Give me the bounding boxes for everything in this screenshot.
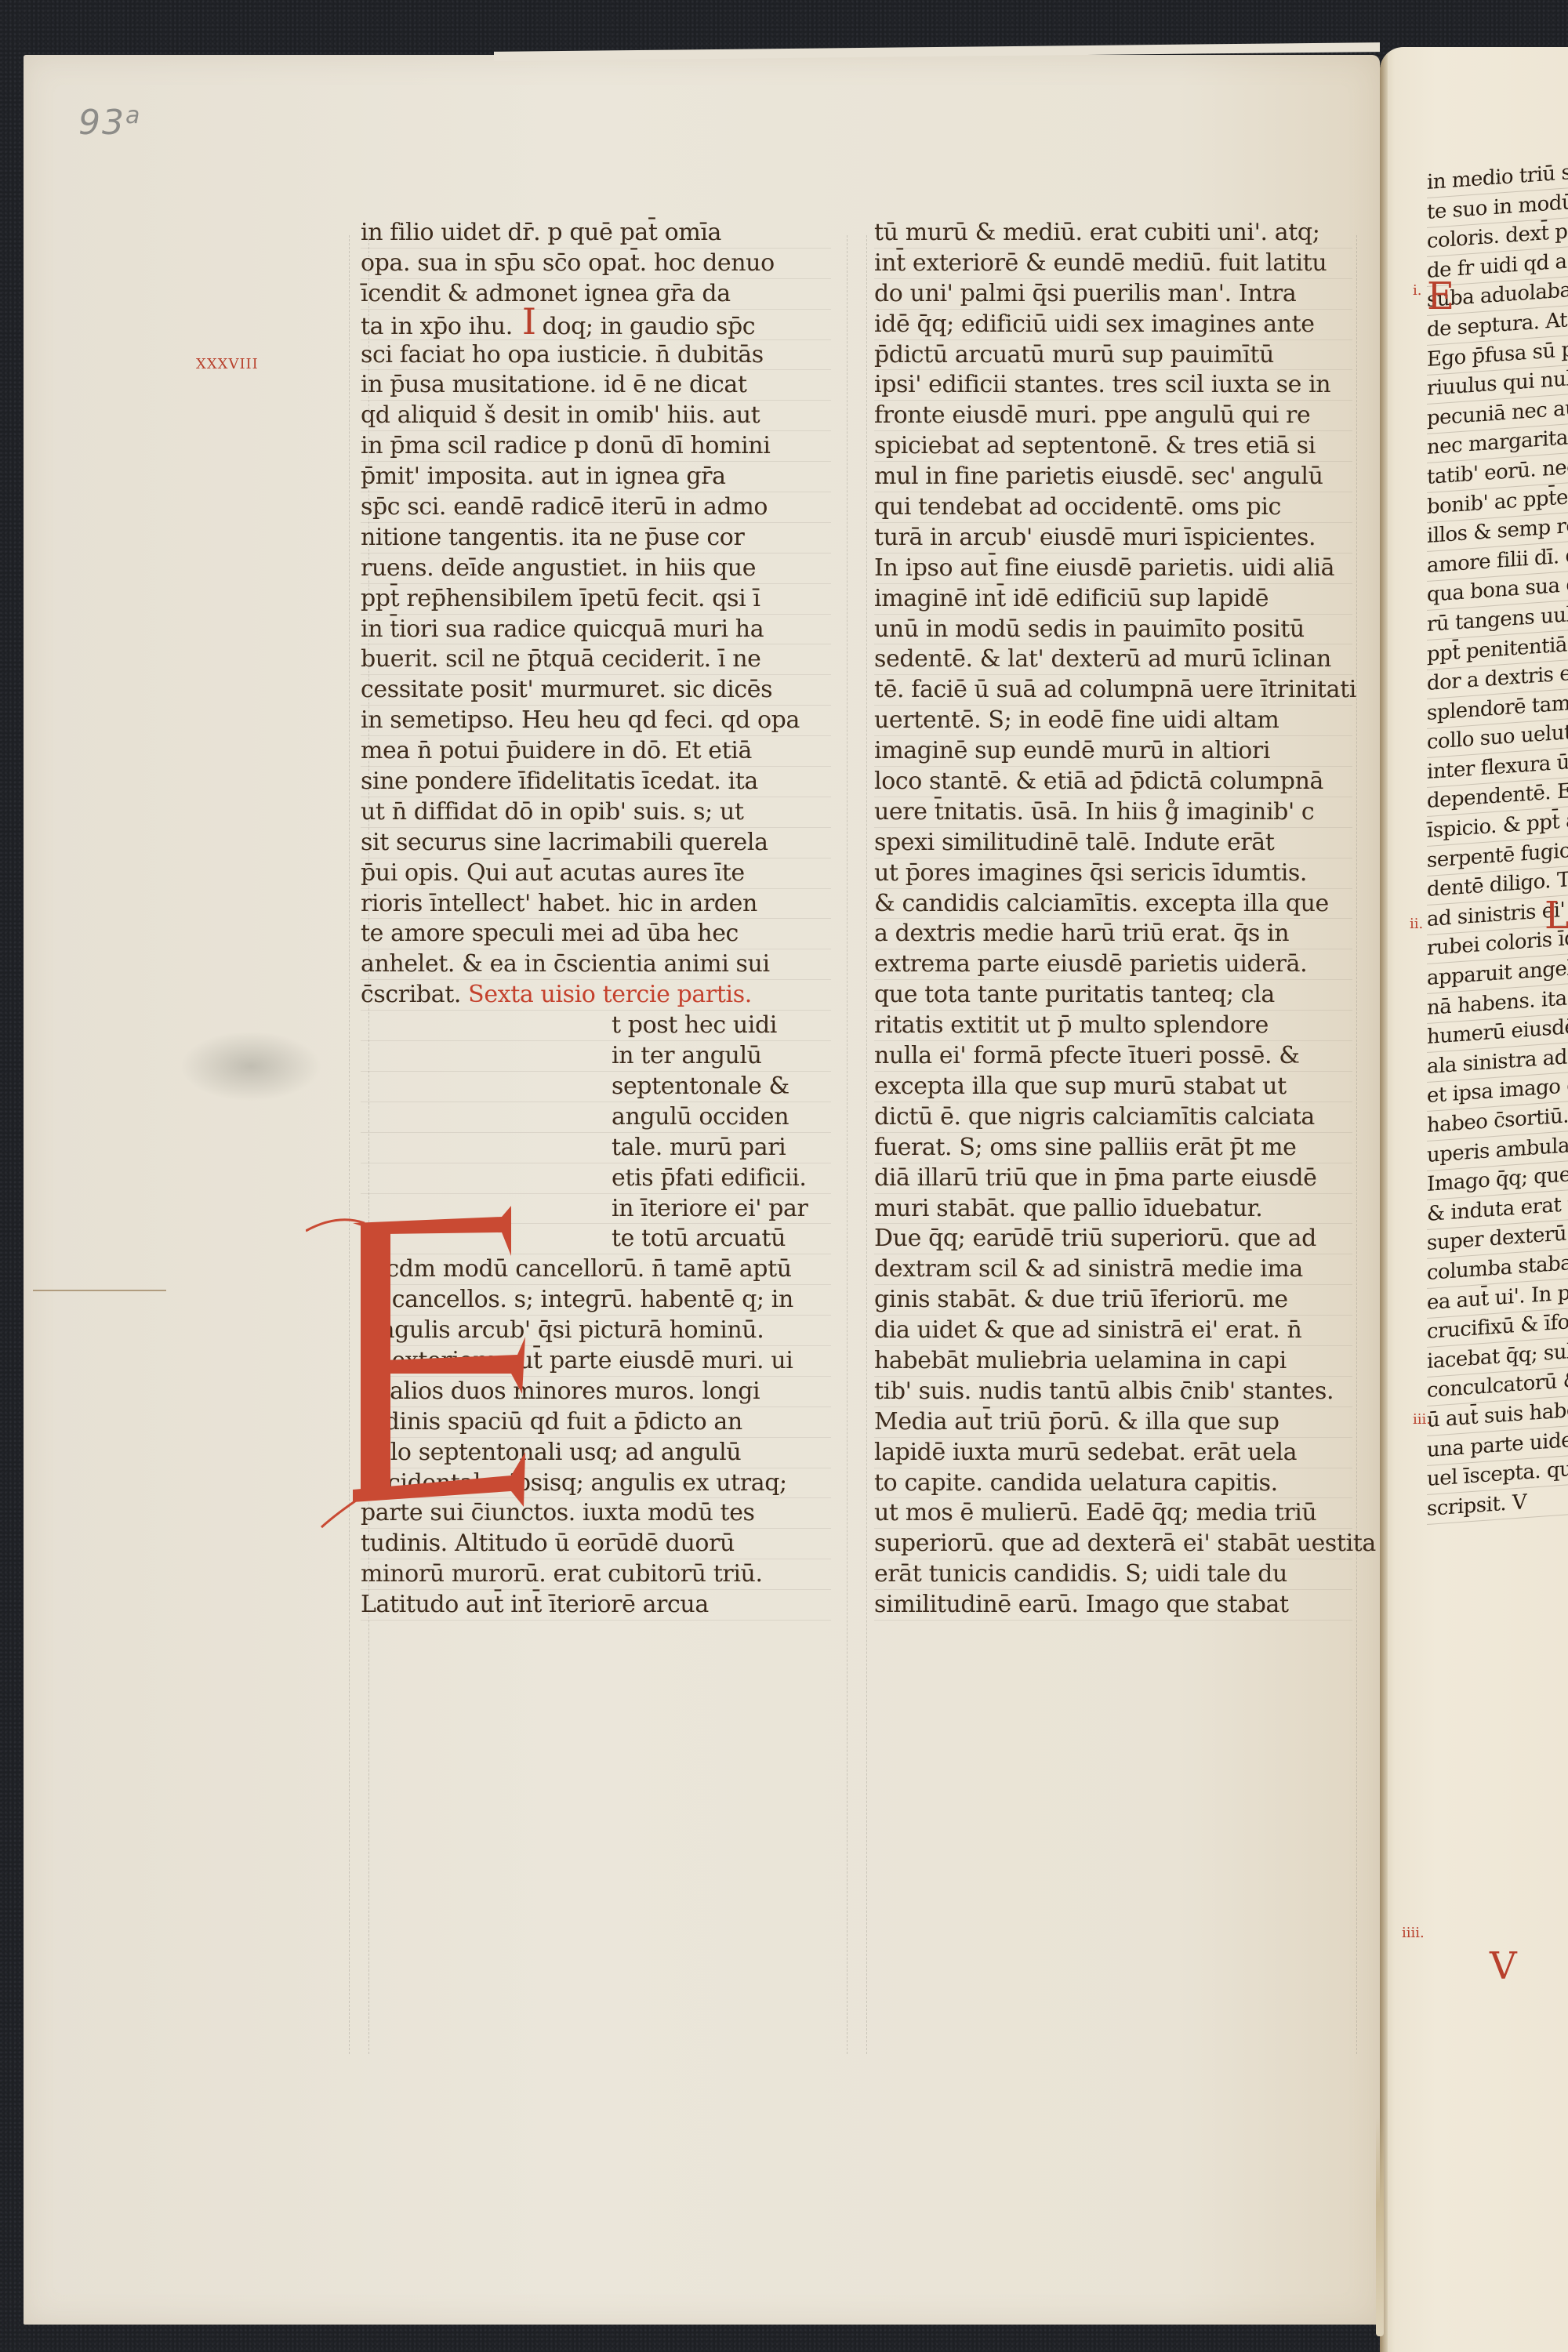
text-line: habebāt muliebria uelamina in capi [874, 1346, 1352, 1377]
ruling-line [349, 235, 350, 2054]
text-line: fronte eiusdē muri. ppe angulū qui re [874, 401, 1352, 431]
text-line: te amore speculi mei ad ūba hec [361, 919, 831, 949]
text-line: ta in xp̄o ihu.Idoq; in gaudio sp̄c [361, 310, 831, 340]
folio-number: 93a [78, 102, 141, 143]
text-line: turā in arcub' eiusdē muri īspicientes. [874, 523, 1352, 554]
ruling-line [1356, 235, 1357, 2054]
text-line: uere t̄nitatis. ūsā. In hiis g̊ imaginib… [874, 797, 1352, 828]
text-line: minorū murorū. erat cubitorū triū. [361, 1559, 831, 1590]
text-line: p̄mit' imposita. aut in ignea gr̄a [361, 462, 831, 492]
text-line: do uni' palmi q̄si puerilis man'. Intra [874, 279, 1352, 310]
red-initial-E: E [1427, 274, 1454, 318]
text-line: dia uidet & que ad sinistrā ei' erat. n̄ [874, 1316, 1352, 1346]
text-line: c̄scribat. Sexta uisio tercie partis. [361, 980, 831, 1011]
text-line: In ipso aut̄ fine eiusdē parietis. uidi … [874, 554, 1352, 584]
text-line: ipsi' edificii stantes. tres scil iuxta … [874, 370, 1352, 401]
text-line: angulū occiden [361, 1102, 831, 1133]
text-line: unū in modū sedis in pauimīto positū [874, 615, 1352, 645]
text-line: dextram scil & ad sinistrā medie ima [874, 1254, 1352, 1285]
ruling-line [866, 235, 867, 2054]
margin-marker: iiii. [1402, 1925, 1425, 1941]
text-line: & candidis calciamītis. excepta illa que [874, 889, 1352, 920]
text-line: fuerat. S; oms sine palliis erāt p̄t me [874, 1133, 1352, 1163]
text-line: mea n̄ potui p̄uidere in dō. Et etiā [361, 736, 831, 767]
text-line: lapidē iuxta murū sedebat. erāt uela [874, 1438, 1352, 1468]
text-line: p̄dictū arcuatū murū sup pauimītū [874, 340, 1352, 371]
text-line: excepta illa que sup murū stabat ut [874, 1072, 1352, 1102]
decorated-initial-E [306, 1200, 572, 1529]
text-line: Latitudo aut̄ int̄ īteriorē arcua [361, 1590, 831, 1621]
text-line: sci faciat ho opa iusticie. n̄ dubitās [361, 340, 831, 371]
ruling-line [847, 235, 848, 2054]
text-line: tudinis. Altitudo ū eorūdē duorū [361, 1529, 831, 1559]
text-line: in p̄usa musitatione. id ē ne dicat [361, 370, 831, 401]
text-line: nulla ei' formā pfecte ītueri possē. & [874, 1041, 1352, 1072]
text-line: loco stantē. & etiā ad p̄dictā columpnā [874, 767, 1352, 797]
text-line: mul in fine parietis eiusdē. sec' angulū [874, 462, 1352, 492]
text-line: int̄ exteriorē & eundē mediū. fuit latit… [874, 249, 1352, 279]
text-line: ut n̄ diffidat dō in opib' suis. s; ut [361, 797, 831, 828]
text-line: superiorū. que ad dexterā ei' stabāt ues… [874, 1529, 1352, 1559]
text-line: que tota tante puritatis tanteq; cla [874, 980, 1352, 1011]
text-line: imaginē int̄ idē edificiū sup lapidē [874, 584, 1352, 615]
text-line: septentonale & [361, 1072, 831, 1102]
text-line: anhelet. & ea in c̄scientia animi sui [361, 949, 831, 980]
red-initial-L: L [1544, 894, 1568, 938]
adjacent-page: in medio triū superiorū. ha te suo in mo… [1380, 47, 1568, 2352]
text-line: in semetipso. Heu heu qd feci. qd opa [361, 706, 831, 736]
text-line: sp̄c sci. eandē radicē iterū in admo [361, 492, 831, 523]
text-line: spiciebat ad septentonē. & tres etiā si [874, 431, 1352, 462]
text-line: muri stabāt. que pallio īduebatur. [874, 1194, 1352, 1225]
text-line: idē q̄q; edificiū uidi sex imagines ante [874, 310, 1352, 340]
text-line: Due q̄q; earūdē triū superiorū. que ad [874, 1224, 1352, 1254]
line-text: doq; in gaudio sp̄c [543, 313, 756, 340]
text-line: tē. faciē ū suā ad columpnā uere ītrinit… [874, 675, 1352, 706]
text-line: extrema parte eiusdē parietis uiderā. [874, 949, 1352, 980]
text-line: qd aliquid š desit in omib' hiis. aut [361, 401, 831, 431]
margin-marker: iii. [1413, 1411, 1431, 1428]
text-line: Media aut̄ triū p̄orū. & illa que sup [874, 1407, 1352, 1438]
line-text: c̄scribat. [361, 981, 461, 1008]
text-line: etis p̄fati edificii. [361, 1163, 831, 1194]
binding-thread [1376, 2117, 1384, 2336]
text-line: ginis stabāt. & due triū īferiorū. me [874, 1285, 1352, 1316]
text-line: tib' suis. nudis tantū albis c̄nib' stan… [874, 1377, 1352, 1407]
text-line: t post hec uidi [361, 1011, 831, 1041]
text-line: in p̄ma scil radice p donū dī homini [361, 431, 831, 462]
text-line: qui tendebat ad occidentē. oms pic [874, 492, 1352, 523]
text-line: ruens. deīde angustiet. in hiis que [361, 554, 831, 584]
text-line: sit securus sine lacrimabili querela [361, 828, 831, 858]
margin-marker: i. [1413, 282, 1421, 299]
text-column-right: tū murū & mediū. erat cubiti uni'. atq; … [874, 218, 1352, 1621]
text-line: to capite. candida uelatura capitis. [874, 1468, 1352, 1499]
red-initial-I: I [522, 310, 536, 333]
text-line: erāt tunicis candidis. S; uidi tale du [874, 1559, 1352, 1590]
text-line: cessitate posit' murmuret. sic dicēs [361, 675, 831, 706]
text-line: tale. murū pari [361, 1133, 831, 1163]
text-line: in t̄iori sua radice quicquā muri ha [361, 615, 831, 645]
page-gutter [1380, 47, 1388, 2352]
text-line: īcendit & admonet ignea gr̄a da [361, 279, 831, 310]
text-line: dictū ē. que nigris calciamītis calciata [874, 1102, 1352, 1133]
text-line: ppt̄ rep̄hensibilem īpetū fecit. qsi ī [361, 584, 831, 615]
text-line: similitudinē earū. Imago que stabat [874, 1590, 1352, 1621]
text-line: opa. sua in sp̄u sc̄o opat̄. hoc denuo [361, 249, 831, 279]
adjacent-page-text: in medio triū superiorū. ha te suo in mo… [1427, 163, 1568, 1519]
text-line: ritatis extitit ut p̄ multo splendore [874, 1011, 1352, 1041]
parchment-stain [180, 1031, 321, 1102]
text-line: sine pondere īfidelitatis īcedat. ita [361, 767, 831, 797]
text-line: diā illarū triū que in p̄ma parte eiusdē [874, 1163, 1352, 1194]
text-line: p̄ui opis. Qui aut̄ acutas aures īte [361, 858, 831, 889]
margin-marker: ii. [1410, 916, 1423, 932]
parchment-crease [33, 1290, 166, 1291]
text-line: buerit. scil ne p̄tquā ceciderit. ī ne [361, 644, 831, 675]
text-line: ut p̄ores imagines q̄si sericis īdumtis. [874, 858, 1352, 889]
text-line: in ter angulū [361, 1041, 831, 1072]
text-line: in filio uidet dr̄. p quē pat̄ omīa [361, 218, 831, 249]
chapter-number-rubric: xxxviii [196, 350, 259, 374]
rubric-heading: Sexta uisio tercie partis. [468, 981, 752, 1008]
text-line: uertentē. S; in eodē fine uidi altam [874, 706, 1352, 736]
text-line: nitione tangentis. ita ne p̄use cor [361, 523, 831, 554]
line-text: ta in xp̄o ihu. [361, 313, 513, 340]
text-line: a dextris medie harū triū erat. q̄s in [874, 919, 1352, 949]
text-line: sedentē. & lat' dexterū ad murū īclinan [874, 644, 1352, 675]
text-line: rioris īntellect' habet. hic in arden [361, 889, 831, 920]
text-line: tū murū & mediū. erat cubiti uni'. atq; [874, 218, 1352, 249]
red-initial-V: V [1490, 1944, 1517, 1988]
text-line: ut mos ē mulierū. Eadē q̄q; media triū [874, 1498, 1352, 1529]
text-line: imaginē sup eundē murū in altiori [874, 736, 1352, 767]
text-line: spexi similitudinē talē. Indute erāt [874, 828, 1352, 858]
